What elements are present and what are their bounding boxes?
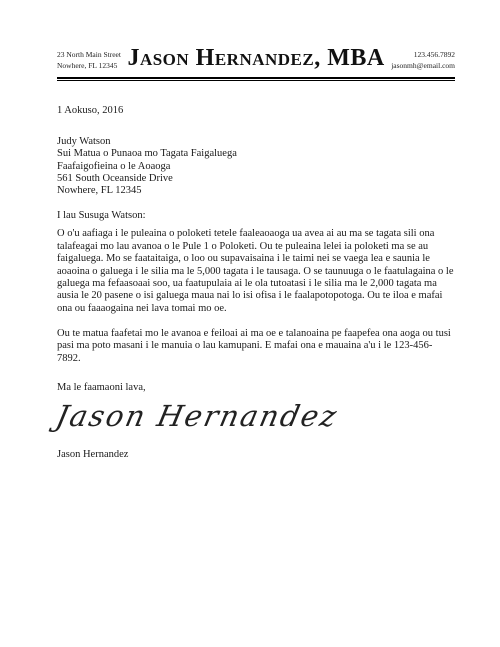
recipient-title: Sui Matua o Punaoa mo Tagata Faigaluega — [57, 148, 455, 160]
letterhead-phone: 123.456.7892 — [391, 49, 455, 60]
recipient-name: Judy Watson — [57, 136, 455, 148]
letterhead-rule-thin — [57, 80, 455, 81]
body-paragraph-1: O o'u aafiaga i le puleaina o poloketi t… — [57, 228, 455, 315]
recipient-city: Nowhere, FL 12345 — [57, 185, 455, 197]
salutation: I lau Susuga Watson: — [57, 210, 455, 221]
recipient-street: 561 South Oceanside Drive — [57, 173, 455, 185]
recipient-org: Faafaigofieina o le Aoaoga — [57, 161, 455, 173]
closing: Ma le faamaoni lava, — [57, 382, 455, 393]
letterhead-email: jasonmh@email.com — [391, 60, 455, 71]
typed-name: Jason Hernandez — [57, 449, 455, 460]
letterhead-name: Jason Hernandez, MBA — [127, 46, 384, 71]
recipient-block: Judy Watson Sui Matua o Punaoa mo Tagata… — [57, 136, 455, 197]
letterhead-address-line1: 23 North Main Street — [57, 49, 121, 60]
letterhead: 23 North Main Street Nowhere, FL 12345 J… — [57, 46, 455, 75]
letter-date: 1 Aokuso, 2016 — [57, 105, 455, 116]
letterhead-address: 23 North Main Street Nowhere, FL 12345 — [57, 49, 121, 72]
letter-page: 23 North Main Street Nowhere, FL 12345 J… — [0, 0, 500, 647]
handwritten-signature: Jason Hernandez — [53, 399, 300, 433]
letterhead-contact: 123.456.7892 jasonmh@email.com — [391, 49, 455, 72]
body-paragraph-2: Ou te matua faafetai mo le avanoa e feil… — [57, 328, 455, 365]
letterhead-rule-thick — [57, 77, 455, 79]
letterhead-address-line2: Nowhere, FL 12345 — [57, 60, 121, 71]
